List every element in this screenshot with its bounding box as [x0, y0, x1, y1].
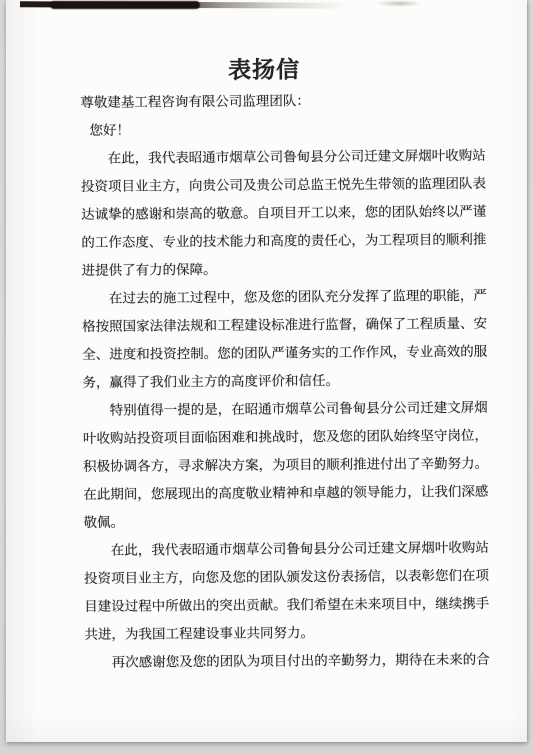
letter-greeting: 您好！	[80, 114, 488, 145]
letter-paragraph: 在此，我代表昭通市烟草公司鲁甸县分公司迁建文屏烟叶收购站 投资项目业主方，向贵公…	[81, 142, 490, 285]
letter-paragraph: 在过去的施工过程中，您及您的团队充分发挥了监理的职能，严 格按照国家法律法规和工…	[82, 282, 491, 397]
letter-content: 表扬信 尊敬建基工程咨询有限公司监理团队： 您好！ 在此，我代表昭通市烟草公司鲁…	[79, 0, 492, 677]
letter-title: 表扬信	[60, 52, 468, 88]
letter-paragraph: 在此，我代表昭通市烟草公司鲁甸县分公司迁建文屏烟叶收购站 投资项目业主方，向您及…	[84, 534, 493, 649]
letter-salutation: 尊敬建基工程咨询有限公司监理团队：	[80, 86, 488, 117]
letter-paragraph: 再次感谢您及您的团队为项目付出的辛勤努力，期待在未来的合	[85, 646, 493, 677]
paper-sheet: 表扬信 尊敬建基工程咨询有限公司监理团队： 您好！ 在此，我代表昭通市烟草公司鲁…	[6, 0, 527, 742]
letter-paragraph: 特别值得一提的是，在昭通市烟草公司鲁甸县分公司迁建文屏烟 叶收购站投资项目面临困…	[83, 394, 492, 537]
scan-background: 表扬信 尊敬建基工程咨询有限公司监理团队： 您好！ 在此，我代表昭通市烟草公司鲁…	[0, 0, 533, 754]
